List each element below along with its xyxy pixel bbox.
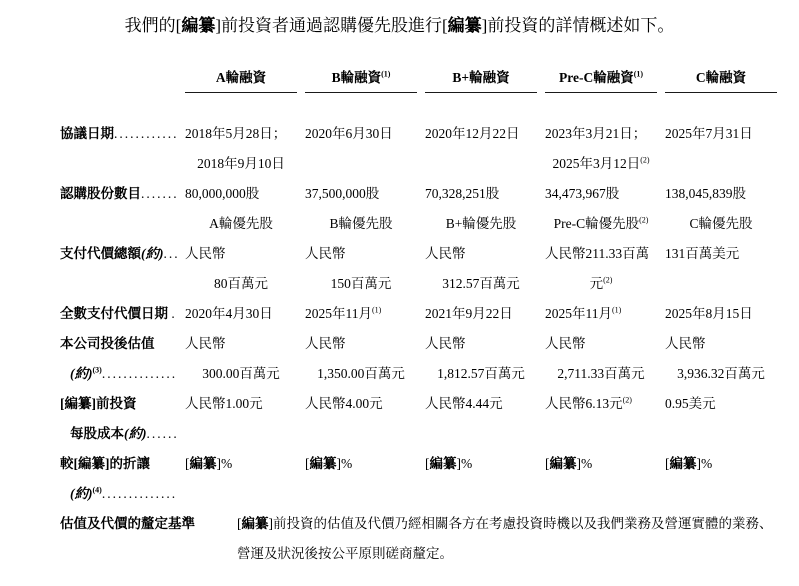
document-page: 我們的[編纂]前投資者通過認購優先股進行[編纂]前投資的詳情概述如下。 A輪融資… (0, 14, 799, 569)
text-run: ...... (171, 306, 177, 321)
text-run: 2025年8月15日 (665, 306, 753, 321)
text-run: 3,936.32百萬元 (677, 366, 765, 381)
text-run: 元 (590, 276, 604, 291)
text-run: 人民幣4.44元 (425, 396, 503, 411)
row-post-money-valuation-cell-b-round: 人民幣1,350.00百萬元 (305, 329, 417, 389)
row-full-payment-date-cell-c-round: 2025年8月15日 (665, 299, 777, 329)
text-run: (約) (141, 246, 164, 261)
text-run: ...... (164, 246, 178, 261)
text-run: ]前投資的詳情概述如下。 (482, 16, 675, 35)
text-run: 37,500,000股 (305, 186, 379, 201)
row-subscribed-shares-cell-pre-c-round: 34,473,967股Pre-C輪優先股(2) (545, 179, 657, 239)
text-run: 312.57百萬元 (442, 276, 520, 291)
text-run: 編纂 (310, 456, 337, 471)
row-total-consideration-cell-b-round: 人民幣150百萬元 (305, 239, 417, 299)
text-run: 編纂 (430, 456, 457, 471)
text-run: 80,000,000股 (185, 186, 259, 201)
row-discount-cell-b-round: [編纂]% (305, 449, 417, 509)
text-run: 131百萬美元 (665, 246, 739, 261)
row-total-consideration: 支付代價總額(約)......人民幣80百萬元人民幣150百萬元人民幣312.5… (60, 239, 799, 299)
column-header-pre-c-round: Pre-C輪融資(1) (545, 66, 657, 93)
row-cost-per-share-cell-b-plus-round: 人民幣4.44元 (425, 389, 537, 449)
footnote-marker: (2) (639, 216, 648, 225)
row-total-consideration-cell-pre-c-round: 人民幣211.33百萬元(2) (545, 239, 657, 299)
row-basis-text: [編纂]前投資的估值及代價乃經相關各方在考慮投資時機以及我們業務及營運實體的業務… (237, 509, 799, 569)
row-subscribed-shares-label: 認購股份數目.......... (60, 179, 177, 239)
row-basis: 估值及代價的釐定基準[編纂]前投資的估值及代價乃經相關各方在考慮投資時機以及我們… (60, 509, 799, 569)
row-cost-per-share-cell-b-round: 人民幣4.00元 (305, 389, 417, 449)
row-subscribed-shares-cell-b-round: 37,500,000股B輪優先股 (305, 179, 417, 239)
text-run: ]% (217, 456, 233, 471)
row-discount: 較[編纂]的折讓(約)(4)..............[編纂]%[編纂]%[編… (60, 449, 799, 509)
row-basis-label: 估值及代價的釐定基準 (60, 509, 229, 569)
text-run: 138,045,839股 (665, 186, 746, 201)
text-run: ]% (697, 456, 713, 471)
table-header-row: A輪融資B輪融資(1)B+輪融資Pre-C輪融資(1)C輪融資 (60, 66, 799, 93)
text-run: 人民幣 (545, 336, 586, 351)
footnote-marker: (3) (93, 366, 102, 375)
row-post-money-valuation: 本公司投後估值(約)(3)..............人民幣300.00百萬元人… (60, 329, 799, 389)
row-post-money-valuation-cell-a-round: 人民幣300.00百萬元 (185, 329, 297, 389)
table-body: 協議日期..............2018年5月28日；2018年9月10日2… (60, 119, 799, 569)
text-run: 編纂 (242, 516, 269, 531)
row-post-money-valuation-cell-c-round: 人民幣3,936.32百萬元 (665, 329, 777, 389)
footnote-marker: (1) (372, 306, 381, 315)
text-run: 2020年6月30日 (305, 126, 393, 141)
row-total-consideration-label: 支付代價總額(約)...... (60, 239, 177, 299)
text-run: 認購股份數目 (60, 186, 141, 201)
text-run: 協議日期 (60, 126, 114, 141)
row-total-consideration-cell-b-plus-round: 人民幣312.57百萬元 (425, 239, 537, 299)
footnote-marker: (2) (623, 396, 632, 405)
row-subscribed-shares-cell-c-round: 138,045,839股C輪優先股 (665, 179, 777, 239)
text-run: 我們的[ (125, 16, 182, 35)
row-agreement-date-label: 協議日期.............. (60, 119, 177, 179)
row-agreement-date-cell-b-round: 2020年6月30日 (305, 119, 417, 179)
text-run: 2025年11月 (545, 306, 612, 321)
text-run: 1,812.57百萬元 (437, 366, 525, 381)
text-run: 人民幣6.13元 (545, 396, 623, 411)
text-run: 人民幣 (425, 246, 466, 261)
footnote-marker: (2) (603, 276, 612, 285)
row-full-payment-date-cell-b-round: 2025年11月(1) (305, 299, 417, 329)
text-run: 編纂 (448, 16, 482, 35)
text-run: 80百萬元 (214, 276, 268, 291)
text-run: 2,711.33百萬元 (557, 366, 644, 381)
text-run: B輪優先股 (329, 216, 392, 231)
text-run: ]% (577, 456, 593, 471)
text-run: 支付代價總額 (60, 246, 141, 261)
text-run: 估值及代價的釐定基準 (60, 516, 195, 531)
text-run: C輪優先股 (689, 216, 752, 231)
text-run: ]前投資的估值及代價乃經相關各方在考慮投資時機以及我們業務及營運實體的業務、營運… (237, 516, 773, 561)
pre-ipo-investment-table: A輪融資B輪融資(1)B+輪融資Pre-C輪融資(1)C輪融資 協議日期....… (60, 66, 799, 569)
row-cost-per-share-cell-c-round: 0.95美元 (665, 389, 777, 449)
text-run: 2023年3月21日； (545, 126, 646, 141)
text-run: .............. (102, 366, 177, 381)
row-discount-label: 較[編纂]的折讓(約)(4).............. (60, 449, 177, 509)
text-run: 編纂 (181, 16, 215, 35)
row-subscribed-shares: 認購股份數目..........80,000,000股A輪優先股37,500,0… (60, 179, 799, 239)
text-run: [編纂]前投資 (60, 396, 137, 411)
row-full-payment-date-cell-a-round: 2020年4月30日 (185, 299, 297, 329)
column-header-b-round: B輪融資(1) (305, 66, 417, 93)
text-run: 人民幣 (305, 246, 346, 261)
text-run: 70,328,251股 (425, 186, 499, 201)
text-run: B+輪優先股 (446, 216, 517, 231)
text-run: 2025年3月12日 (552, 156, 640, 171)
row-discount-cell-a-round: [編纂]% (185, 449, 297, 509)
text-run: 本公司投後估值 (60, 336, 155, 351)
text-run: 2021年9月22日 (425, 306, 513, 321)
text-run: 2025年7月31日 (665, 126, 753, 141)
row-cost-per-share-cell-a-round: 人民幣1.00元 (185, 389, 297, 449)
column-header-b-plus-round: B+輪融資 (425, 66, 537, 93)
text-run: 人民幣211.33百萬 (545, 246, 649, 261)
text-run: 每股成本 (70, 426, 124, 441)
column-header-c-round: C輪融資 (665, 66, 777, 93)
text-run: 人民幣 (665, 336, 706, 351)
text-run: C輪融資 (696, 70, 746, 85)
text-run: 人民幣 (185, 336, 226, 351)
header-spacer (60, 66, 177, 93)
intro-paragraph: 我們的[編纂]前投資者通過認購優先股進行[編纂]前投資的詳情概述如下。 (42, 14, 757, 38)
column-header-a-round: A輪融資 (185, 66, 297, 93)
text-run: (約) (124, 426, 147, 441)
text-run: .............. (114, 126, 177, 141)
text-run: 編纂 (550, 456, 577, 471)
row-post-money-valuation-label: 本公司投後估值(約)(3).............. (60, 329, 177, 389)
text-run: 0.95美元 (665, 396, 716, 411)
row-discount-cell-b-plus-round: [編纂]% (425, 449, 537, 509)
text-run: 人民幣 (305, 336, 346, 351)
text-run: ]前投資者通過認購優先股進行[ (215, 16, 447, 35)
text-run: .......... (141, 186, 177, 201)
row-agreement-date: 協議日期..............2018年5月28日；2018年9月10日2… (60, 119, 799, 179)
text-run: A輪優先股 (209, 216, 273, 231)
text-run: Pre-C輪優先股 (554, 216, 640, 231)
row-subscribed-shares-cell-a-round: 80,000,000股A輪優先股 (185, 179, 297, 239)
text-run: ...... (147, 426, 178, 441)
text-run: .............. (102, 486, 177, 501)
row-agreement-date-cell-pre-c-round: 2023年3月21日；2025年3月12日(2) (545, 119, 657, 179)
row-discount-cell-c-round: [編纂]% (665, 449, 777, 509)
text-run: 編纂 (190, 456, 217, 471)
row-agreement-date-cell-c-round: 2025年7月31日 (665, 119, 777, 179)
text-run: 2020年12月22日 (425, 126, 520, 141)
row-total-consideration-cell-c-round: 131百萬美元 (665, 239, 777, 299)
text-run: B+輪融資 (452, 70, 509, 85)
row-post-money-valuation-cell-b-plus-round: 人民幣1,812.57百萬元 (425, 329, 537, 389)
text-run: Pre-C輪融資 (559, 70, 634, 85)
row-post-money-valuation-cell-pre-c-round: 人民幣2,711.33百萬元 (545, 329, 657, 389)
row-agreement-date-cell-a-round: 2018年5月28日；2018年9月10日 (185, 119, 297, 179)
text-run: 2025年11月 (305, 306, 372, 321)
footnote-marker: (1) (381, 70, 390, 79)
footnote-marker: (4) (93, 486, 102, 495)
text-run: 1,350.00百萬元 (317, 366, 405, 381)
row-cost-per-share-label: [編纂]前投資每股成本(約)...... (60, 389, 177, 449)
row-discount-cell-pre-c-round: [編纂]% (545, 449, 657, 509)
text-run: 人民幣4.00元 (305, 396, 383, 411)
row-full-payment-date-cell-b-plus-round: 2021年9月22日 (425, 299, 537, 329)
footnote-marker: (1) (612, 306, 621, 315)
row-total-consideration-cell-a-round: 人民幣80百萬元 (185, 239, 297, 299)
text-run: 較[編纂]的折讓 (60, 456, 150, 471)
text-run: 34,473,967股 (545, 186, 619, 201)
row-cost-per-share: [編纂]前投資每股成本(約)......人民幣1.00元人民幣4.00元人民幣4… (60, 389, 799, 449)
row-subscribed-shares-cell-b-plus-round: 70,328,251股B+輪優先股 (425, 179, 537, 239)
text-run: 150百萬元 (331, 276, 392, 291)
text-run: ]% (337, 456, 353, 471)
row-full-payment-date-cell-pre-c-round: 2025年11月(1) (545, 299, 657, 329)
footnote-marker: (2) (640, 156, 649, 165)
row-full-payment-date: 全數支付代價日期 ......2020年4月30日2025年11月(1)2021… (60, 299, 799, 329)
row-agreement-date-cell-b-plus-round: 2020年12月22日 (425, 119, 537, 179)
text-run: 編纂 (670, 456, 697, 471)
text-run: 2020年4月30日 (185, 306, 273, 321)
text-run: A輪融資 (216, 70, 266, 85)
text-run: 300.00百萬元 (202, 366, 280, 381)
text-run: 2018年9月10日 (197, 156, 285, 171)
text-run: B輪融資 (332, 70, 382, 85)
text-run: (約) (70, 486, 93, 501)
text-run: ]% (457, 456, 473, 471)
row-cost-per-share-cell-pre-c-round: 人民幣6.13元(2) (545, 389, 657, 449)
text-run: 人民幣 (425, 336, 466, 351)
text-run: (約) (70, 366, 93, 381)
row-full-payment-date-label: 全數支付代價日期 ...... (60, 299, 177, 329)
text-run: 人民幣1.00元 (185, 396, 263, 411)
text-run: 全數支付代價日期 (60, 306, 171, 321)
text-run: 2018年5月28日； (185, 126, 286, 141)
text-run: 人民幣 (185, 246, 226, 261)
footnote-marker: (1) (634, 70, 643, 79)
